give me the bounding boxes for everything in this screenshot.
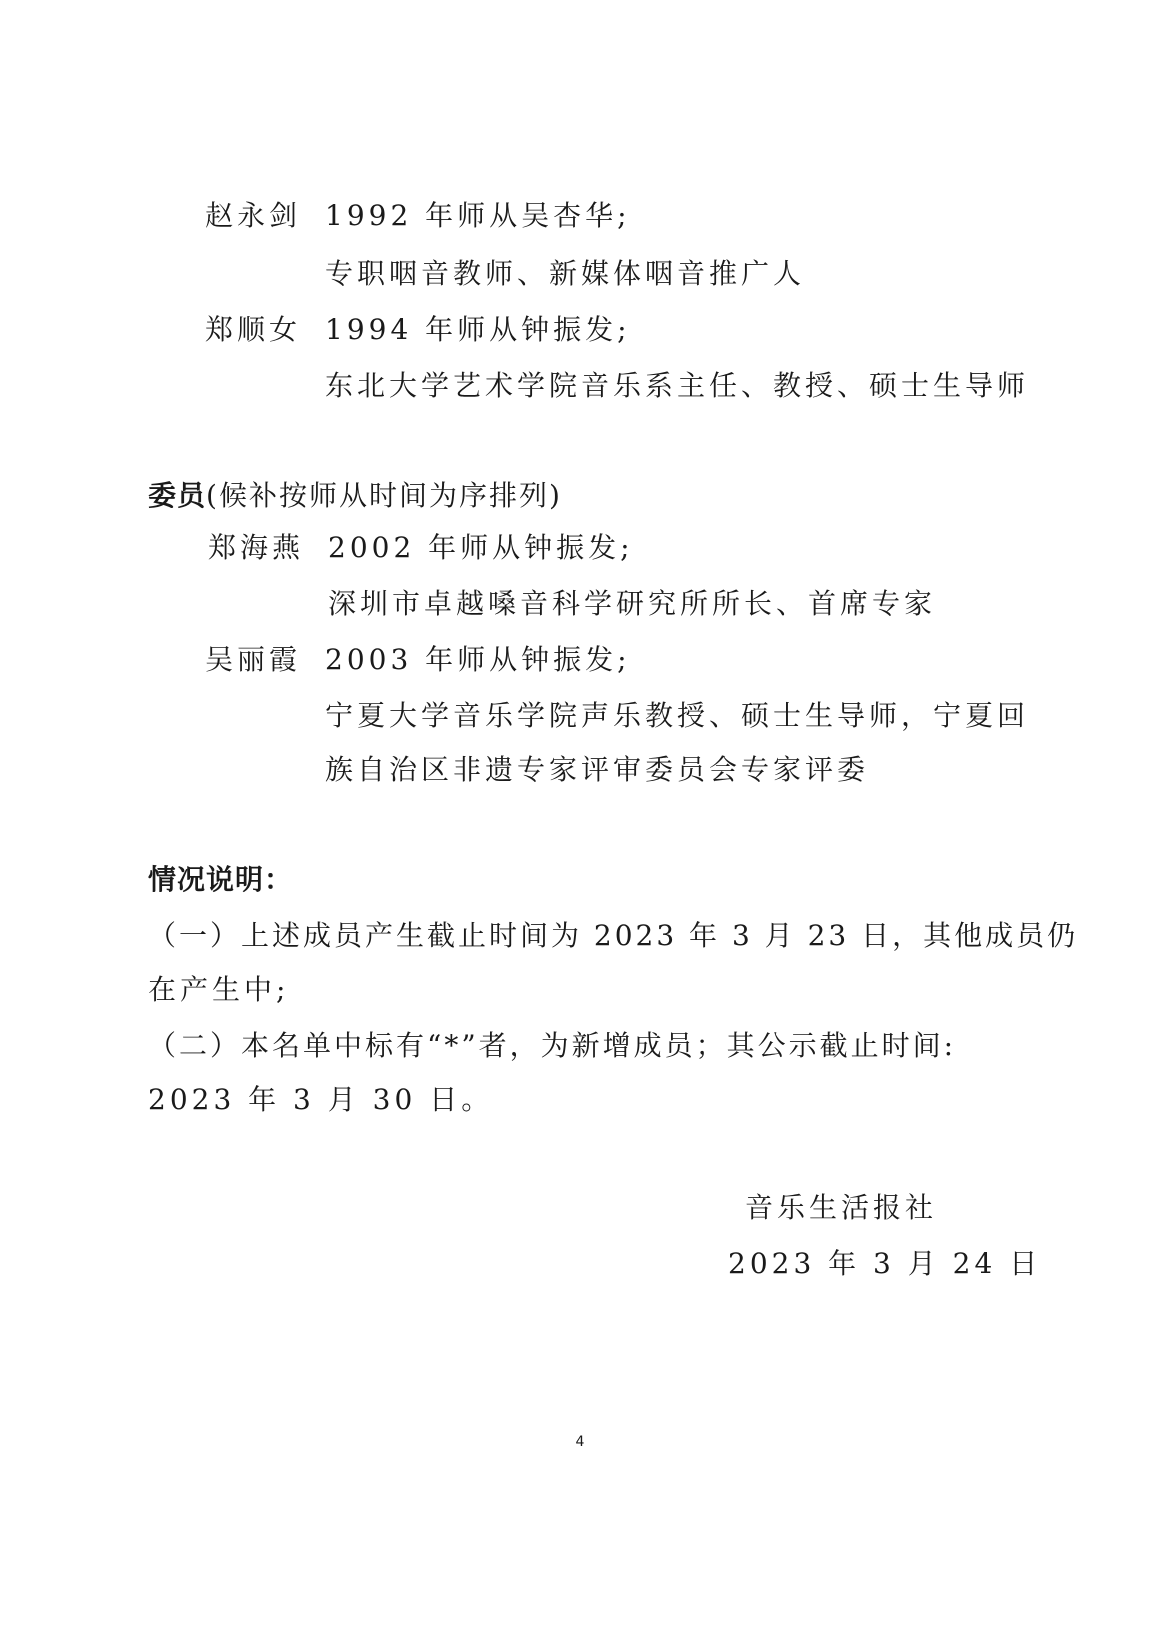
member-name: 吴丽霞 <box>205 642 301 678</box>
member-year-line: 1992 年师从吴杏华; <box>325 198 631 234</box>
member-year-line: 1994 年师从钟振发; <box>325 312 631 348</box>
member-year-line: 2003 年师从钟振发; <box>325 642 631 678</box>
signature-date: 2023 年 3 月 24 日 <box>728 1246 1041 1282</box>
signature-organization: 音乐生活报社 <box>745 1190 937 1226</box>
page-number: 4 <box>0 1434 1160 1450</box>
note-text: （一）上述成员产生截止时间为 2023 年 3 月 23 日，其他成员仍 <box>148 918 1078 954</box>
member-name: 郑顺女 <box>205 312 301 348</box>
member-name: 赵永剑 <box>205 198 301 234</box>
member-name: 郑海燕 <box>208 530 304 566</box>
committee-heading: 委员(候补按师从时间为序排列) <box>148 478 562 514</box>
member-description: 东北大学艺术学院音乐系主任、教授、硕士生导师 <box>325 368 1029 404</box>
note-text: 在产生中; <box>148 972 289 1008</box>
document-page: 赵永剑 1992 年师从吴杏华; 专职咽音教师、新媒体咽音推广人 郑顺女 199… <box>0 0 1160 1640</box>
note-text: （二）本名单中标有“*”者，为新增成员；其公示截止时间: <box>148 1028 956 1064</box>
member-description: 宁夏大学音乐学院声乐教授、硕士生导师，宁夏回 <box>325 698 1029 734</box>
member-description: 族自治区非遗专家评审委员会专家评委 <box>325 752 869 788</box>
committee-heading-note: (候补按师从时间为序排列) <box>206 479 562 512</box>
committee-heading-label: 委员 <box>148 479 206 512</box>
member-description: 深圳市卓越嗓音科学研究所所长、首席专家 <box>328 586 936 622</box>
member-description: 专职咽音教师、新媒体咽音推广人 <box>325 256 805 292</box>
notes-heading: 情况说明： <box>148 862 293 898</box>
note-text: 2023 年 3 月 30 日。 <box>148 1082 493 1118</box>
member-year-line: 2002 年师从钟振发; <box>328 530 634 566</box>
